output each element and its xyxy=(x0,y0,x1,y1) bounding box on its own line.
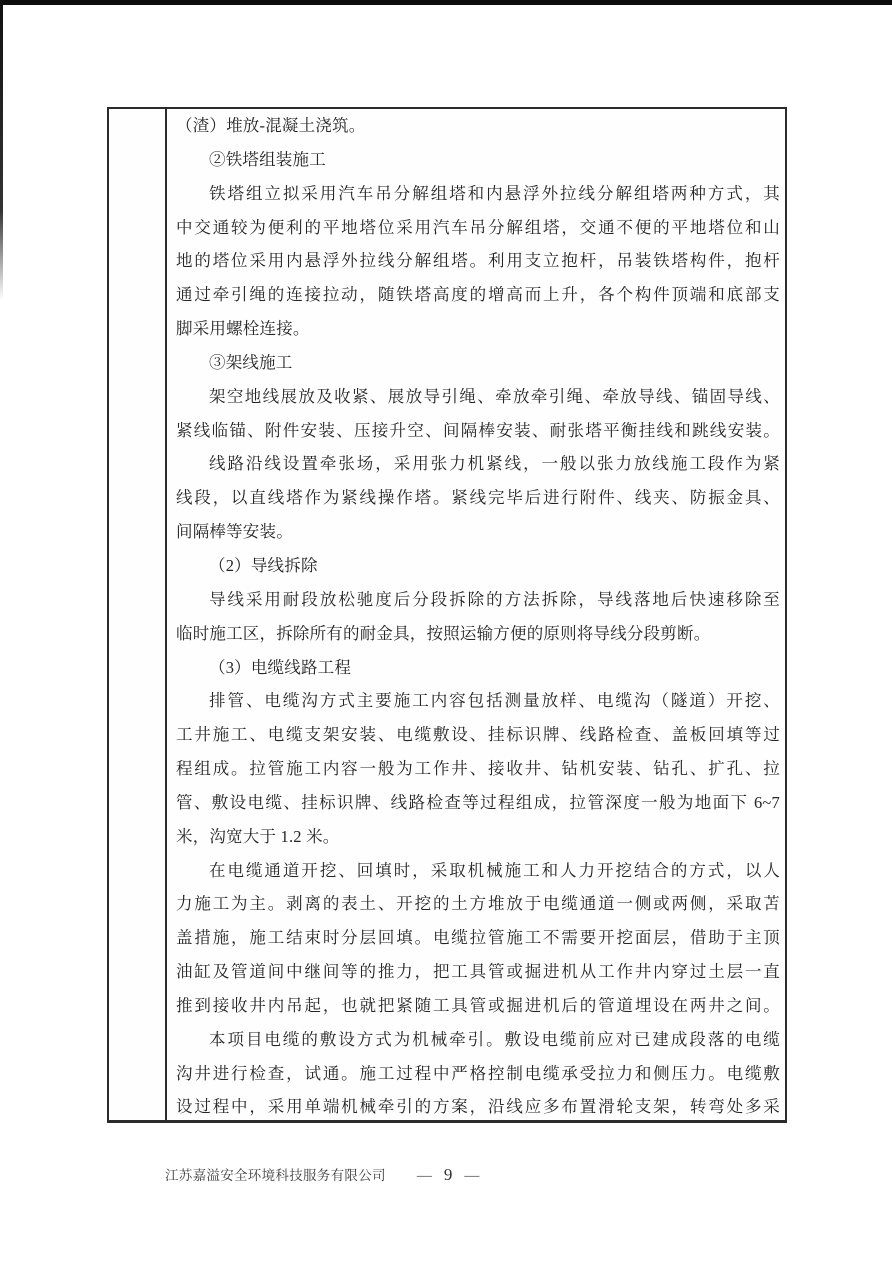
page-number-dash-left: — xyxy=(417,1168,432,1185)
text-line: 铁塔组立拟采用汽车吊分解组塔和内悬浮外拉线分解组塔两种方式，其 xyxy=(176,177,780,211)
table-side-cell-empty xyxy=(109,109,167,1120)
text-line: 间隔棒等安装。 xyxy=(176,515,780,549)
page-number-dash-right: — xyxy=(464,1168,479,1185)
text-line: 地的塔位采用内悬浮外拉线分解组塔。利用支立抱杆，吊装铁塔构件，抱杆 xyxy=(176,244,780,278)
text-line: 紧线临锚、附件安装、压接升空、间隔棒安装、耐张塔平衡挂线和跳线安装。 xyxy=(176,414,780,448)
text-line: 推到接收井内吊起，也就把紧随工具管或掘进机后的管道埋设在两井之间。 xyxy=(176,989,780,1023)
text-line: 通过牵引绳的连接拉动，随铁塔高度的增高而上升，各个构件顶端和底部支 xyxy=(176,278,780,312)
text-line: 沟井进行检查，试通。施工过程中严格控制电缆承受拉力和侧压力。电缆敷 xyxy=(176,1057,780,1091)
text-line: 脚采用螺栓连接。 xyxy=(176,312,780,346)
text-line: 架空地线展放及收紧、展放导引绳、牵放牵引绳、牵放导线、锚固导线、 xyxy=(176,380,780,414)
text-line: 盖措施，施工结束时分层回填。电缆拉管施工不需要开挖面层，借助于主顶 xyxy=(176,921,780,955)
text-line: （渣）堆放-混凝土浇筑。 xyxy=(176,109,780,143)
scan-left-edge-artifact xyxy=(0,0,3,300)
text-line: 油缸及管道间中继间等的推力，把工具管或掘进机从工作井内穿过土层一直 xyxy=(176,955,780,989)
page-number: 9 xyxy=(444,1165,453,1185)
text-line: 中交通较为便利的平地塔位采用汽车吊分解组塔，交通不便的平地塔位和山 xyxy=(176,211,780,245)
text-line: （3）电缆线路工程 xyxy=(176,651,780,685)
page-footer: 江苏嘉溢安全环境科技服务有限公司 — 9 — xyxy=(165,1164,479,1185)
text-line: 线段，以直线塔作为紧线操作塔。紧线完毕后进行附件、线夹、防振金具、 xyxy=(176,481,780,515)
text-line: 米，沟宽大于 1.2 米。 xyxy=(176,820,780,854)
text-line: （2）导线拆除 xyxy=(176,549,780,583)
text-line: ②铁塔组装施工 xyxy=(176,143,780,177)
text-line: 导线采用耐段放松驰度后分段拆除的方法拆除，导线落地后快速移除至 xyxy=(176,583,780,617)
text-line: 线路沿线设置牵张场，采用张力机紧线，一般以张力放线施工段作为紧 xyxy=(176,447,780,481)
text-line: 程组成。拉管施工内容一般为工作井、接收井、钻机安装、钻孔、扩孔、拉 xyxy=(176,752,780,786)
footer-company-name: 江苏嘉溢安全环境科技服务有限公司 xyxy=(165,1164,386,1184)
text-line: 在电缆通道开挖、回填时，采取机械施工和人力开挖结合的方式，以人 xyxy=(176,854,780,888)
text-line: 本项目电缆的敷设方式为机械牵引。敷设电缆前应对已建成段落的电缆 xyxy=(176,1023,780,1057)
text-line: 力施工为主。剥离的表土、开挖的土方堆放于电缆通道一侧或两侧，采取苫 xyxy=(176,887,780,921)
text-line: 排管、电缆沟方式主要施工内容包括测量放样、电缆沟（隧道）开挖、 xyxy=(176,684,780,718)
scan-top-edge-artifact xyxy=(0,0,892,5)
text-line: 临时施工区，拆除所有的耐金具，按照运输方便的原则将导线分段剪断。 xyxy=(176,617,780,651)
text-line: 工井施工、电缆支架安装、电缆敷设、挂标识牌、线路检查、盖板回填等过 xyxy=(176,718,780,752)
text-line: 设过程中，采用单端机械牵引的方案，沿线应多布置滑轮支架，转弯处多采 xyxy=(176,1090,780,1120)
scanned-document-page: { "page": { "colors": { "background": "#… xyxy=(0,0,892,1262)
text-line: ③架线施工 xyxy=(176,346,780,380)
document-body: （渣）堆放-混凝土浇筑。②铁塔组装施工铁塔组立拟采用汽车吊分解组塔和内悬浮外拉线… xyxy=(167,109,785,1120)
document-table: （渣）堆放-混凝土浇筑。②铁塔组装施工铁塔组立拟采用汽车吊分解组塔和内悬浮外拉线… xyxy=(107,107,787,1123)
text-line: 管、敷设电缆、挂标识牌、线路检查等过程组成，拉管深度一般为地面下 6~7 xyxy=(176,786,780,820)
